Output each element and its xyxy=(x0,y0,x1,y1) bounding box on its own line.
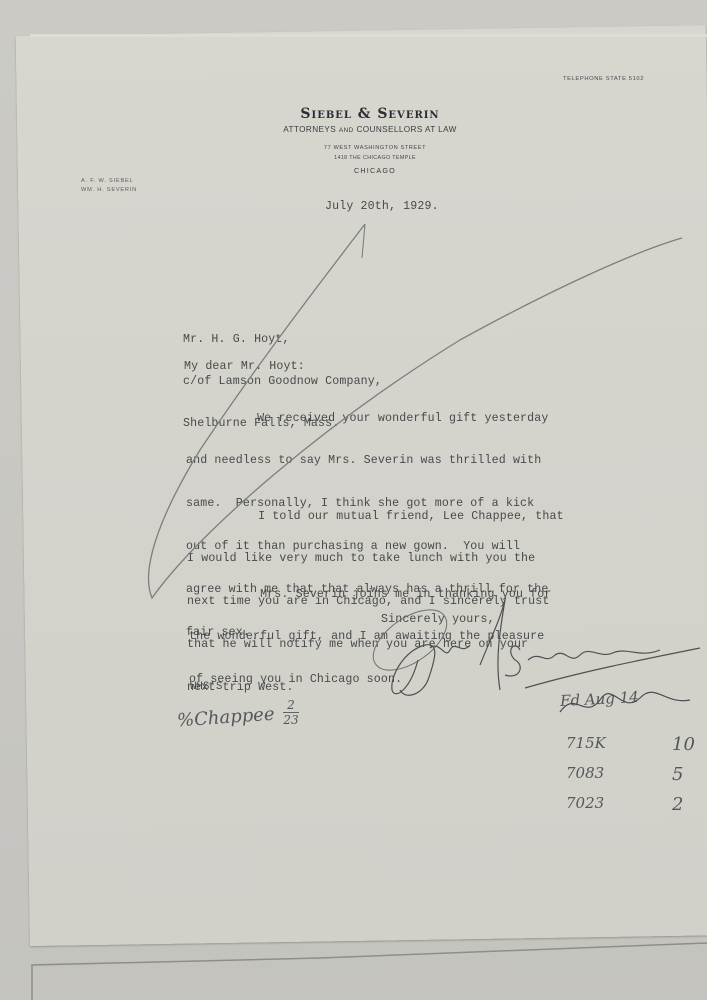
firm-name: Siebel & Severin xyxy=(265,106,475,122)
salutation: My dear Mr. Hoyt: xyxy=(184,360,305,374)
partners-list: A. F. W. SIEBEL WM. H. SEVERIN xyxy=(81,177,137,195)
subtitle-attorneys: ATTORNEYS xyxy=(283,125,336,134)
paragraph-3: Mrs. Severin joins me in thanking you fo… xyxy=(189,559,551,702)
body-line: We received your wonderful gift yesterda… xyxy=(186,412,548,426)
recipient-line: Mr. H. G. Hoyt, xyxy=(183,333,382,347)
address-line-2: 1418 THE CHICAGO TEMPLE xyxy=(300,155,450,161)
body-line: Mrs. Severin joins me in thanking you fo… xyxy=(189,588,551,602)
letter-date: July 20th, 1929. xyxy=(325,200,439,214)
partner-name: A. F. W. SIEBEL xyxy=(81,177,137,186)
subtitle-and: AND xyxy=(339,127,354,134)
tally-qty: 10 xyxy=(672,734,695,755)
city: CHICAGO xyxy=(330,166,420,175)
handwritten-fraction: 2 23 xyxy=(283,699,299,726)
firm-subtitle: ATTORNEYS AND COUNSELLORS AT LAW xyxy=(255,125,485,134)
tally-code: 715K xyxy=(566,734,606,752)
tally-code: 7083 xyxy=(566,764,604,782)
address-line-1: 77 WEST WASHINGTON STREET xyxy=(300,145,450,151)
body-line: and needless to say Mrs. Severin was thr… xyxy=(186,454,548,468)
tally-qty: 5 xyxy=(672,764,683,785)
body-line: the wonderful gift, and I am awaiting th… xyxy=(189,630,551,644)
body-line: of seeing you in Chicago soon. xyxy=(189,673,551,687)
closing: Sincerely yours, xyxy=(381,613,495,627)
paper-top-edge xyxy=(30,34,707,37)
telephone-number: TELEPHONE STATE 5102 xyxy=(563,76,644,82)
fraction-bottom: 23 xyxy=(283,714,299,726)
subtitle-counsellors: COUNSELLORS AT LAW xyxy=(356,125,456,134)
body-line: I told our mutual friend, Lee Chappee, t… xyxy=(187,510,564,524)
tally-qty: 2 xyxy=(672,794,683,815)
fraction-top: 2 xyxy=(283,699,299,711)
partner-name: WM. H. SEVERIN xyxy=(81,186,137,195)
tally-code: 7023 xyxy=(566,794,604,812)
typist-initials: WHS'S xyxy=(190,680,223,694)
